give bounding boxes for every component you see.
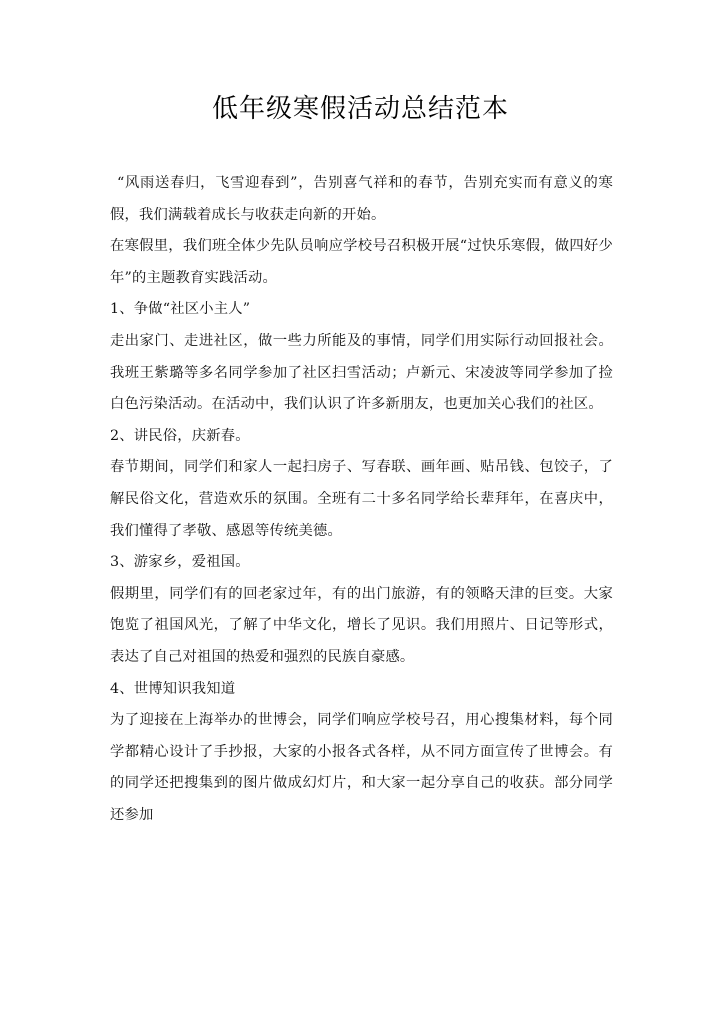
section-heading-3: 3、游家乡，爱祖国。 <box>110 547 613 579</box>
document-body: “风雨送春归，飞雪迎春到”，告别喜气祥和的春节，告别充实而有意义的寒假，我们满载… <box>110 168 613 831</box>
section-heading-1: 1、争做“社区小主人” <box>110 294 613 326</box>
section-body-1: 走出家门、走进社区，做一些力所能及的事情，同学们用实际行动回报社会。我班王紫璐等… <box>110 326 613 421</box>
section-heading-2: 2、讲民俗，庆新春。 <box>110 421 613 453</box>
section-body-2: 春节期间，同学们和家人一起扫房子、写春联、画年画、贴吊钱、包饺子，了解民俗文化，… <box>110 452 613 547</box>
intro-paragraph: “风雨送春归，飞雪迎春到”，告别喜气祥和的春节，告别充实而有意义的寒假，我们满载… <box>110 168 613 231</box>
document-title: 低年级寒假活动总结范本 <box>0 88 721 125</box>
section-body-3: 假期里，同学们有的回老家过年，有的出门旅游，有的领略天津的巨变。大家饱览了祖国风… <box>110 579 613 674</box>
section-body-4: 为了迎接在上海举办的世博会，同学们响应学校号召，用心搜集材料，每个同学都精心设计… <box>110 705 613 831</box>
section-heading-4: 4、世博知识我知道 <box>110 674 613 706</box>
document-page: 低年级寒假活动总结范本 “风雨送春归，飞雪迎春到”，告别喜气祥和的春节，告别充实… <box>0 0 721 1020</box>
overview-paragraph: 在寒假里，我们班全体少先队员响应学校号召积极开展“过快乐寒假，做四好少年”的主题… <box>110 231 613 294</box>
